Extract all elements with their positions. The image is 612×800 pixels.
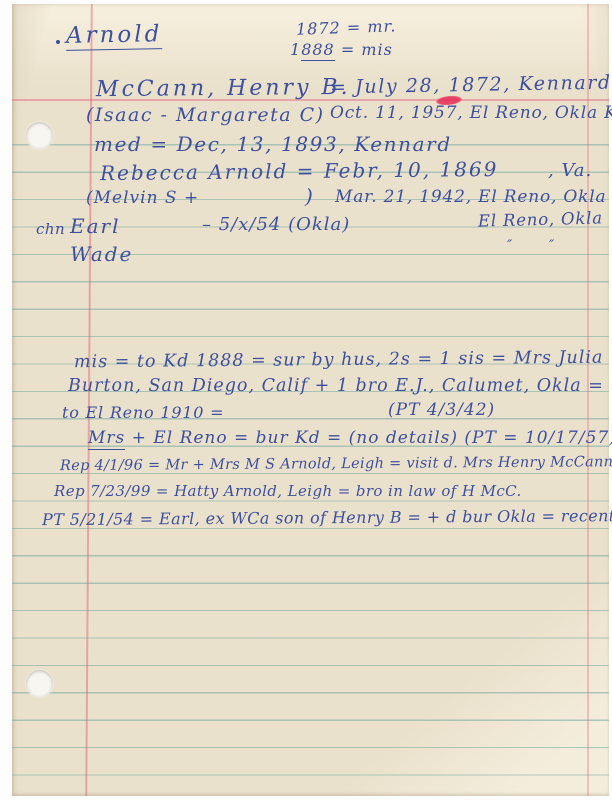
- child2-name: Wade: [70, 242, 133, 266]
- wife-death: Mar. 21, 1942, El Reno, Okla Kd: [335, 187, 612, 207]
- code-1888-underlined: 888: [301, 40, 335, 61]
- ink-dot: [56, 40, 60, 44]
- notebook-paper: Arnold 1872 = mr. 1888 = mis McCann, Hen…: [12, 4, 609, 796]
- husband-parents: (Isaac - Margareta C): [86, 104, 325, 126]
- child1-note: – 5/x/54 (Okla): [202, 214, 350, 235]
- child1-place: El Reno, Okla: [478, 208, 603, 230]
- children-label: chn: [36, 220, 65, 238]
- note-line-4-underlined: Mrs: [88, 428, 125, 450]
- note-line-3-ref: (PT 4/3/42): [388, 400, 495, 420]
- hole-punch-top: [26, 122, 53, 149]
- child1-name: Earl: [70, 214, 120, 238]
- husband-birth: = July 28, 1872, Kennard: [330, 72, 612, 99]
- code-1872-mr: 1872 = mr.: [296, 16, 397, 38]
- wife-parents-open: (Melvin S +: [86, 188, 199, 208]
- ditto-mark-1: ″: [507, 238, 512, 254]
- wife-name-birth: Rebecca Arnold = Febr, 10, 1869: [100, 157, 499, 185]
- note-line-4-rest: + El Reno = bur Kd = (no details) (PT = …: [132, 428, 612, 448]
- note-line-2: Burton, San Diego, Calif + 1 bro E.J., C…: [68, 376, 604, 396]
- note-line-3: to El Reno 1910 =: [62, 403, 224, 422]
- wife-parents-close: ): [305, 184, 313, 208]
- code-1888-mis: 1888 = mis: [290, 40, 393, 59]
- wife-birth-place: , Va.: [548, 160, 592, 181]
- hole-punch-bottom: [26, 670, 53, 697]
- ditto-mark-2: ″: [549, 238, 554, 254]
- note-line-6: Rep 7/23/99 = Hatty Arnold, Leigh = bro …: [54, 482, 522, 500]
- note-line-4: Mrs + El Reno = bur Kd = (no details) (P…: [88, 428, 612, 448]
- marriage-line: med = Dec, 13, 1893, Kennard: [94, 132, 452, 156]
- code-1888-suffix: = mis: [335, 40, 393, 59]
- note-line-7: PT 5/21/54 = Earl, ex WCa son of Henry B…: [42, 506, 612, 529]
- surname-heading: Arnold: [66, 21, 163, 51]
- scanned-page: Arnold 1872 = mr. 1888 = mis McCann, Hen…: [0, 0, 612, 800]
- husband-death: Oct. 11, 1957, El Reno, Okla Kd: [330, 103, 612, 123]
- code-1888-prefix: 1: [290, 40, 301, 59]
- husband-name: McCann, Henry B.: [96, 75, 351, 102]
